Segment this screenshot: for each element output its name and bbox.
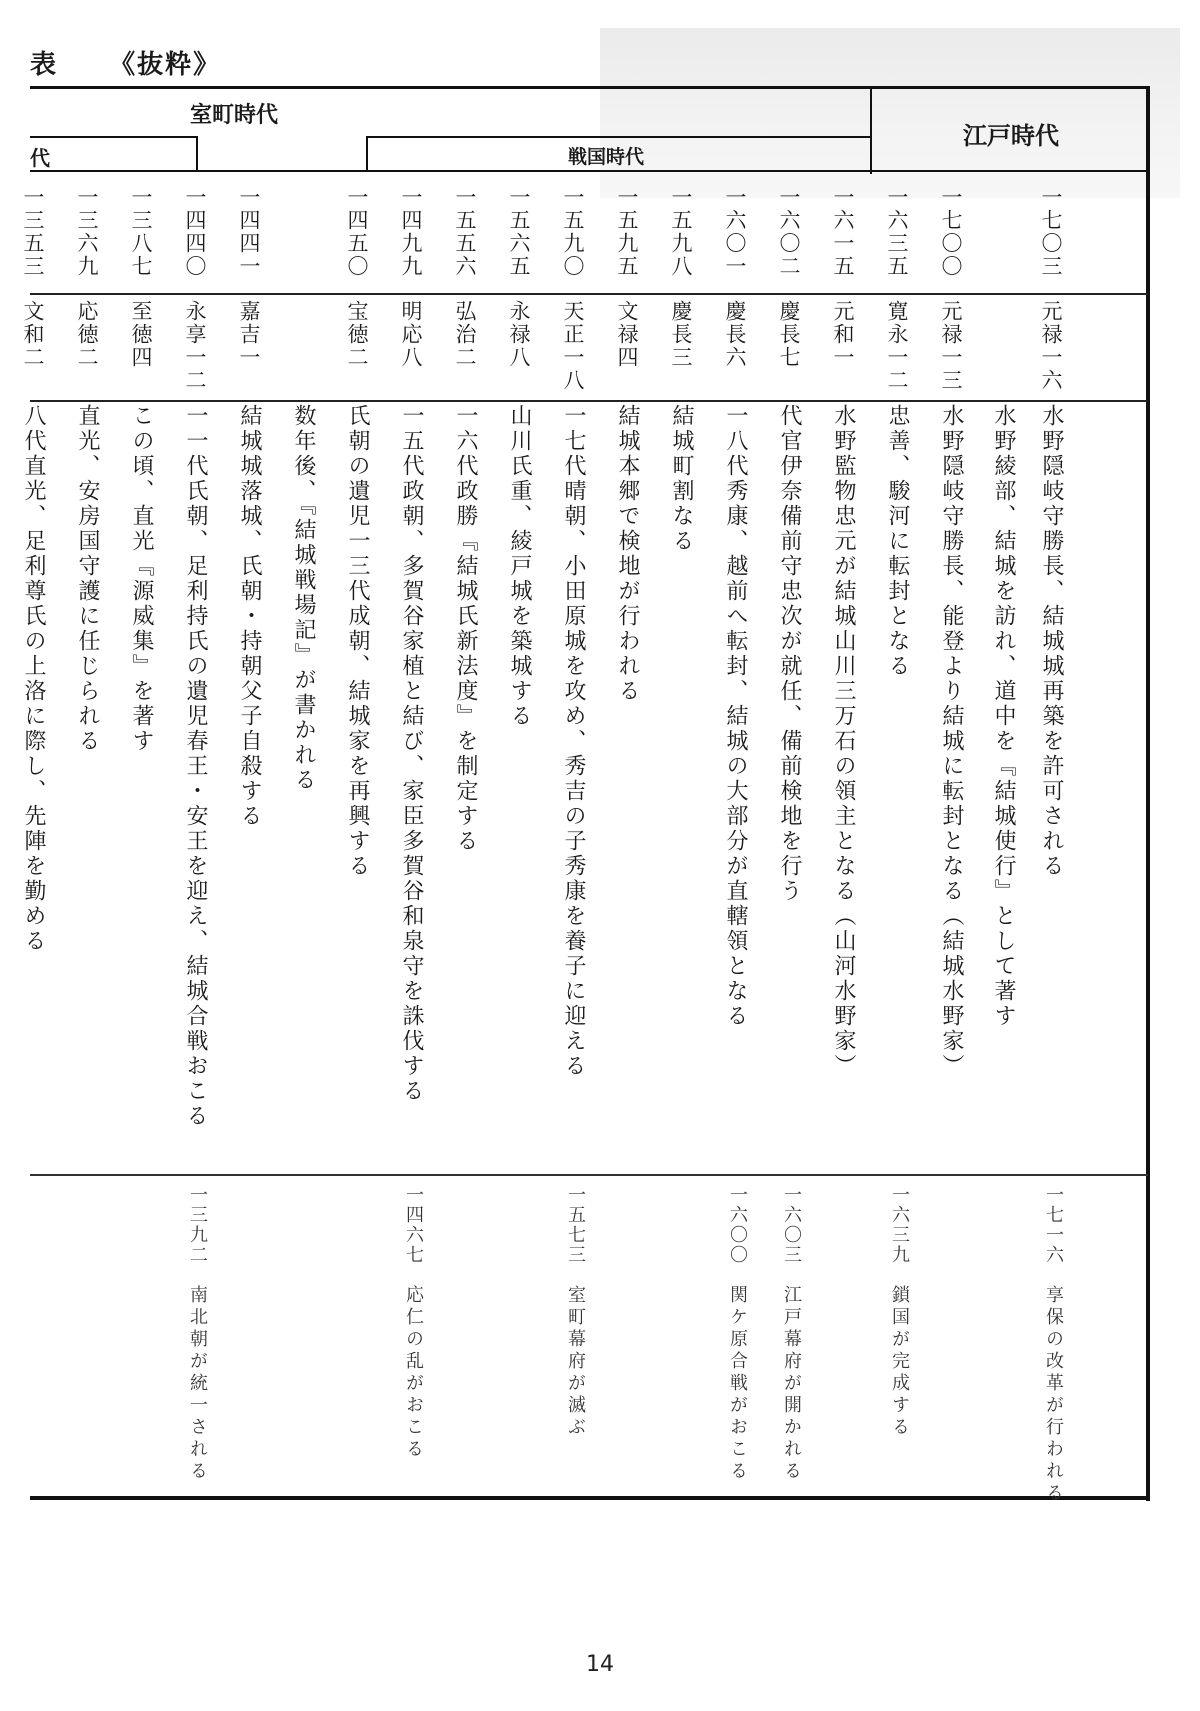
timeline-event: 水野隠岐守勝長、結城城再築を許可される (1038, 404, 1064, 879)
timeline-era: 明応八 (398, 300, 424, 369)
timeline-era: 永禄八 (506, 300, 532, 369)
page-number: 14 (0, 1652, 1200, 1677)
timeline-era: 文禄四 (614, 300, 640, 369)
world-event-event: 応仁の乱がおこる (400, 1285, 426, 1461)
timeline-event: 代官伊奈備前守忠次が就任、備前検地を行う (776, 404, 802, 904)
period-sengoku-label: 戦国時代 (568, 142, 644, 169)
timeline-event: 結城本郷で検地が行われる (614, 404, 640, 704)
timeline-event: 結城城落城、氏朝・持朝父子自殺する (236, 404, 262, 829)
title-main: 表 (30, 50, 58, 80)
timeline-event: この頃、直光『源威集』を著す (128, 404, 154, 754)
timeline-year: 一六一五 (830, 186, 856, 278)
world-event-year: 一五七三 (562, 1185, 588, 1265)
year-era-divider (30, 293, 1148, 295)
timeline-event: 一八代秀康、越前へ転封、結城の大部分が直轄領となる (722, 404, 748, 1029)
timeline-era: 慶長六 (722, 300, 748, 369)
timeline-year: 一五五六 (452, 186, 478, 278)
timeline-year: 一四四一 (236, 186, 262, 278)
world-event-year: 一六〇〇 (724, 1185, 750, 1265)
timeline-event: 数年後、『結城戦場記』が書かれる (290, 404, 316, 793)
timeline-year: 一三五三 (20, 186, 46, 278)
period-sengoku-box: 戦国時代 (366, 136, 870, 170)
title-sub: 《抜粋》 (109, 50, 221, 80)
timeline-era: 寛永一二 (884, 300, 910, 392)
period-nanbokucho-label: 代 (30, 142, 50, 171)
table-bottom-border (30, 1496, 1150, 1500)
timeline-era: 慶長三 (668, 300, 694, 369)
timeline-era: 元和一 (830, 300, 856, 369)
period-nanbokucho-box: 代 (30, 136, 198, 170)
world-event-event: 享保の改革が行われる (1040, 1285, 1066, 1505)
timeline-era: 元禄一六 (1038, 300, 1064, 392)
timeline-era: 宝徳二 (344, 300, 370, 369)
timeline-event: 水野綾部、結城を訪れ、道中を『結城使行』として著す (990, 404, 1016, 1029)
timeline-year: 一四九九 (398, 186, 424, 278)
timeline-event: 結城町割なる (668, 404, 694, 554)
timeline-event: 忠善、駿河に転封となる (884, 404, 910, 679)
timeline-event: 直光、安房国守護に任じられる (74, 404, 100, 754)
timeline-year: 一七〇〇 (938, 186, 964, 278)
world-event-year: 一六三九 (886, 1185, 912, 1265)
timeline-year: 一四四〇 (182, 186, 208, 278)
world-event-year: 一六〇三 (778, 1185, 804, 1265)
period-muromachi: 室町時代 (190, 98, 278, 129)
timeline-event: 水野監物忠元が結城山川三万石の領主となる（山河水野家） (830, 404, 856, 1079)
world-event-year: 一七一六 (1040, 1185, 1066, 1265)
timeline-year: 一六〇一 (722, 186, 748, 278)
timeline-year: 一五九〇 (560, 186, 586, 278)
timeline-event: 氏朝の遺児一三代成朝、結城家を再興する (344, 404, 370, 879)
timeline-event: 一六代政勝『結城氏新法度』を制定する (452, 404, 478, 854)
timeline-era: 応徳二 (74, 300, 100, 369)
timeline-event: 水野隠岐守勝長、能登より結城に転封となる（結城水野家） (938, 404, 964, 1079)
world-event-year: 一四六七 (400, 1185, 426, 1265)
timeline-year: 一六三五 (884, 186, 910, 278)
world-event-event: 南北朝が統一される (184, 1285, 210, 1483)
timeline-era: 弘治二 (452, 300, 478, 369)
world-events-divider (30, 1174, 1148, 1176)
timeline-era: 慶長七 (776, 300, 802, 369)
timeline-era: 嘉吉一 (236, 300, 262, 369)
timeline-event: 山川氏重、綾戸城を築城する (506, 404, 532, 729)
table-right-border (1146, 86, 1150, 1501)
timeline-year: 一五六五 (506, 186, 532, 278)
timeline-year: 一三六九 (74, 186, 100, 278)
timeline-era: 天正一八 (560, 300, 586, 392)
timeline-year: 一七〇三 (1038, 186, 1064, 278)
world-event-event: 室町幕府が滅ぶ (562, 1285, 588, 1439)
period-edo-box: 江戸時代 (870, 86, 1150, 174)
timeline-year: 一六〇二 (776, 186, 802, 278)
timeline-year: 一三八七 (128, 186, 154, 278)
period-edo-label: 江戸時代 (872, 116, 1150, 151)
page-title: 表 《抜粋》 (30, 44, 221, 81)
timeline-event: 八代直光、足利尊氏の上洛に際し、先陣を勤める (20, 404, 46, 954)
timeline-event: 一五代政朝、多賀谷家植と結び、家臣多賀谷和泉守を誅伐する (398, 404, 424, 1104)
timeline-event: 一一代氏朝、足利持氏の遺児春王・安王を迎え、結城合戦おこる (182, 404, 208, 1129)
timeline-era: 文和二 (20, 300, 46, 369)
world-event-event: 江戸幕府が開かれる (778, 1285, 804, 1483)
timeline-era: 永享一二 (182, 300, 208, 392)
world-event-year: 一三九二 (184, 1185, 210, 1265)
timeline-event: 一七代晴朝、小田原城を攻め、秀吉の子秀康を養子に迎える (560, 404, 586, 1079)
timeline-era: 元禄一三 (938, 300, 964, 392)
world-event-event: 鎖国が完成する (886, 1285, 912, 1439)
period-header-divider (30, 170, 1148, 172)
world-event-event: 関ケ原合戦がおこる (724, 1285, 750, 1483)
timeline-year: 一四五〇 (344, 186, 370, 278)
timeline-year: 一五九八 (668, 186, 694, 278)
era-event-divider (30, 400, 1148, 402)
timeline-era: 至徳四 (128, 300, 154, 369)
timeline-year: 一五九五 (614, 186, 640, 278)
